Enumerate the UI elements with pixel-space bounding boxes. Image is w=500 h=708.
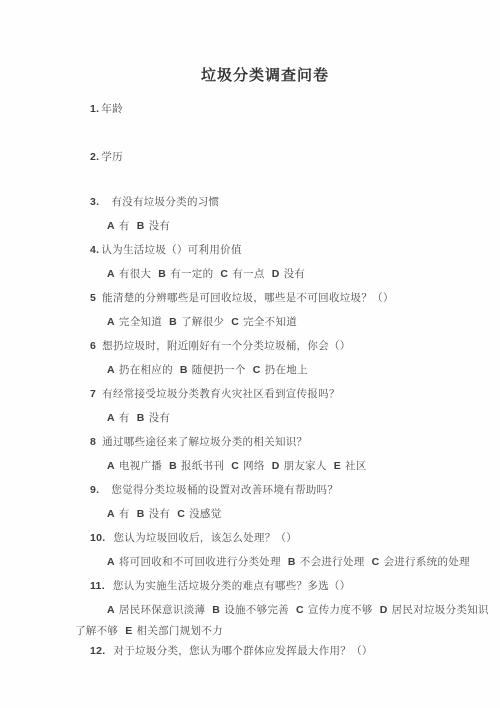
option-text: 报纸书刊 <box>181 460 224 472</box>
question-11-options: A居民环保意识淡薄B设施不够完善C宣传力度不够D居民对垃圾分类知识 <box>0 605 500 616</box>
question-number: 10. <box>90 532 106 544</box>
option-letter: E <box>125 625 132 637</box>
option-text: 有 <box>119 508 130 520</box>
option-text: 有一点 <box>232 268 264 280</box>
option-text: 设施不够完善 <box>224 604 289 616</box>
question-7: 7有经常接受垃圾分类教育火灾社区看到宣传报吗？ <box>0 389 500 400</box>
option-letter: A <box>107 268 115 280</box>
question-10-options: A将可回收和不可回收进行分类处理B不会进行处理C会进行系统的处理 <box>0 557 500 568</box>
option-segment: A完全知道 <box>107 316 162 328</box>
option-segment: D居民对垃圾分类知识 <box>380 604 489 616</box>
question-number: 6 <box>90 340 96 352</box>
option-letter: A <box>107 364 115 376</box>
option-segment: D朋友家人 <box>272 460 327 472</box>
question-5-options: A完全知道B了解很少C完全不知道 <box>0 317 500 328</box>
option-text: 了解不够 <box>75 625 118 637</box>
option-text: 宣传力度不够 <box>308 604 373 616</box>
option-segment: B了解很少 <box>169 316 224 328</box>
option-segment: B随便扔一个 <box>180 364 246 376</box>
option-text: 电视广播 <box>119 460 162 472</box>
option-segment: E相关部门规划不力 <box>125 625 223 637</box>
option-text: 朋友家人 <box>284 460 327 472</box>
question-number: 5 <box>90 292 96 304</box>
option-text: 相关部门规划不力 <box>137 625 223 637</box>
option-letter: C <box>296 604 304 616</box>
option-text: 没有 <box>149 220 171 232</box>
option-letter: B <box>137 412 145 424</box>
option-text: 没有 <box>149 508 171 520</box>
option-text: 网络 <box>243 460 265 472</box>
option-letter: C <box>220 268 228 280</box>
option-text: 扔在地上 <box>265 364 308 376</box>
option-segment: C有一点 <box>220 268 264 280</box>
option-letter: A <box>107 460 115 472</box>
option-segment: A扔在相应的 <box>107 364 173 376</box>
option-letter: C <box>231 316 239 328</box>
option-segment: A有 <box>107 412 130 424</box>
option-letter: A <box>107 412 115 424</box>
option-letter: B <box>180 364 188 376</box>
question-text: 年龄 <box>101 103 123 115</box>
option-segment: C网络 <box>231 460 265 472</box>
question-6-options: A扔在相应的B随便扔一个C扔在地上 <box>0 365 500 376</box>
option-text: 居民对垃圾分类知识 <box>392 604 489 616</box>
option-text: 没有 <box>149 412 171 424</box>
option-segment: B没有 <box>137 412 171 424</box>
option-segment: A有 <box>107 508 130 520</box>
option-letter: C <box>231 460 239 472</box>
option-segment: C扔在地上 <box>253 364 308 376</box>
question-6: 6想扔垃圾时，附近刚好有一个分类垃圾桶，你会（） <box>0 341 500 352</box>
question-number: 2. <box>90 151 99 163</box>
question-text: 认为生活垃圾（）可利用价值 <box>101 244 241 256</box>
question-text: 能清楚的分辨哪些是可回收垃圾，哪些是不可回收垃圾？（） <box>102 292 394 304</box>
option-text: 有 <box>119 412 130 424</box>
question-10: 10.您认为垃圾回收后，该怎么处理？（） <box>0 533 500 544</box>
option-text: 没有 <box>284 268 306 280</box>
option-letter: B <box>137 220 145 232</box>
option-segment: A有 <box>107 220 130 232</box>
question-text: 您认为垃圾回收后，该怎么处理？（） <box>114 532 298 544</box>
option-letter: A <box>107 556 115 568</box>
option-letter: B <box>137 508 145 520</box>
option-segment: A将可回收和不可回收进行分类处理 <box>107 556 281 568</box>
option-segment: A有很大 <box>107 268 151 280</box>
question-1: 1.年龄 <box>0 104 500 115</box>
option-text: 完全不知道 <box>243 316 297 328</box>
option-segment: B报纸书刊 <box>169 460 224 472</box>
question-text: 想扔垃圾时，附近刚好有一个分类垃圾桶，你会（） <box>102 340 350 352</box>
option-text: 社区 <box>345 460 367 472</box>
option-letter: C <box>177 508 185 520</box>
question-11: 11.您认为实施生活垃圾分类的难点有哪些？多选（） <box>0 581 500 592</box>
option-text: 会进行系统的处理 <box>383 556 469 568</box>
option-letter: B <box>158 268 166 280</box>
option-segment: B没有 <box>137 508 171 520</box>
question-number: 8 <box>90 436 96 448</box>
option-letter: E <box>334 460 341 472</box>
question-text: 有经常接受垃圾分类教育火灾社区看到宣传报吗？ <box>102 388 340 400</box>
question-text: 有没有垃圾分类的习惯 <box>111 196 219 208</box>
question-4: 4.认为生活垃圾（）可利用价值 <box>0 245 500 256</box>
option-letter: A <box>107 316 115 328</box>
option-text: 了解很少 <box>181 316 224 328</box>
option-letter: A <box>107 508 115 520</box>
question-7-options: A有B没有 <box>0 413 500 424</box>
question-text: 您觉得分类垃圾桶的设置对改善环境有帮助吗？ <box>111 484 338 496</box>
question-2: 2.学历 <box>0 152 500 163</box>
question-number: 3. <box>90 196 99 208</box>
question-number: 1. <box>90 103 99 115</box>
question-text: 对于垃圾分类，您认为哪个群体应发挥最大作用？（） <box>114 645 373 657</box>
page-title: 垃圾分类调查问卷 <box>0 0 500 85</box>
question-4-options: A有很大B有一定的C有一点D没有 <box>0 269 500 280</box>
question-list: 1.年龄2.学历3.有没有垃圾分类的习惯A有B没有4.认为生活垃圾（）可利用价值… <box>0 104 500 657</box>
option-text: 有很大 <box>119 268 151 280</box>
option-letter: D <box>380 604 388 616</box>
option-text: 不会进行处理 <box>300 556 365 568</box>
option-segment: D没有 <box>272 268 306 280</box>
option-segment: E社区 <box>334 460 367 472</box>
option-text: 随便扔一个 <box>192 364 246 376</box>
option-text: 将可回收和不可回收进行分类处理 <box>119 556 281 568</box>
question-9: 9.您觉得分类垃圾桶的设置对改善环境有帮助吗？ <box>0 485 500 496</box>
option-segment: B设施不够完善 <box>212 604 289 616</box>
option-segment: C没感觉 <box>177 508 221 520</box>
option-letter: A <box>107 220 115 232</box>
option-letter: B <box>212 604 220 616</box>
option-text: 没感觉 <box>189 508 221 520</box>
question-12: 12.对于垃圾分类，您认为哪个群体应发挥最大作用？（） <box>0 646 500 657</box>
option-text: 居民环保意识淡薄 <box>119 604 205 616</box>
questionnaire-page: 垃圾分类调查问卷 1.年龄2.学历3.有没有垃圾分类的习惯A有B没有4.认为生活… <box>0 0 500 708</box>
option-letter: B <box>169 316 177 328</box>
option-segment: B没有 <box>137 220 171 232</box>
question-8-options: A电视广播B报纸书刊C网络D朋友家人E社区 <box>0 461 500 472</box>
question-11-options-cont: 了解不够E相关部门规划不力 <box>0 626 500 637</box>
question-9-options: A有B没有C没感觉 <box>0 509 500 520</box>
question-8: 8通过哪些途径来了解垃圾分类的相关知识？ <box>0 437 500 448</box>
question-text: 通过哪些途径来了解垃圾分类的相关知识？ <box>102 436 307 448</box>
option-text: 有一定的 <box>170 268 213 280</box>
option-letter: B <box>288 556 296 568</box>
option-segment: A电视广播 <box>107 460 162 472</box>
option-letter: B <box>169 460 177 472</box>
option-segment: A居民环保意识淡薄 <box>107 604 205 616</box>
question-number: 9. <box>90 484 99 496</box>
question-5: 5能清楚的分辨哪些是可回收垃圾，哪些是不可回收垃圾？（） <box>0 293 500 304</box>
question-number: 4. <box>90 244 99 256</box>
question-text: 学历 <box>101 151 123 163</box>
question-3: 3.有没有垃圾分类的习惯 <box>0 197 500 208</box>
option-segment: B不会进行处理 <box>288 556 365 568</box>
option-segment: C宣传力度不够 <box>296 604 373 616</box>
question-number: 12. <box>90 645 106 657</box>
question-number: 7 <box>90 388 96 400</box>
question-3-options: A有B没有 <box>0 221 500 232</box>
question-number: 11. <box>90 580 105 592</box>
question-text: 您认为实施生活垃圾分类的难点有哪些？多选（） <box>113 580 351 592</box>
option-letter: C <box>372 556 380 568</box>
option-text: 扔在相应的 <box>119 364 173 376</box>
option-letter: C <box>253 364 261 376</box>
option-segment: C完全不知道 <box>231 316 297 328</box>
option-segment: 了解不够 <box>75 625 118 637</box>
option-letter: D <box>272 460 280 472</box>
option-segment: C会进行系统的处理 <box>372 556 470 568</box>
option-segment: B有一定的 <box>158 268 213 280</box>
option-text: 完全知道 <box>119 316 162 328</box>
option-letter: A <box>107 604 115 616</box>
option-text: 有 <box>119 220 130 232</box>
option-letter: D <box>272 268 280 280</box>
